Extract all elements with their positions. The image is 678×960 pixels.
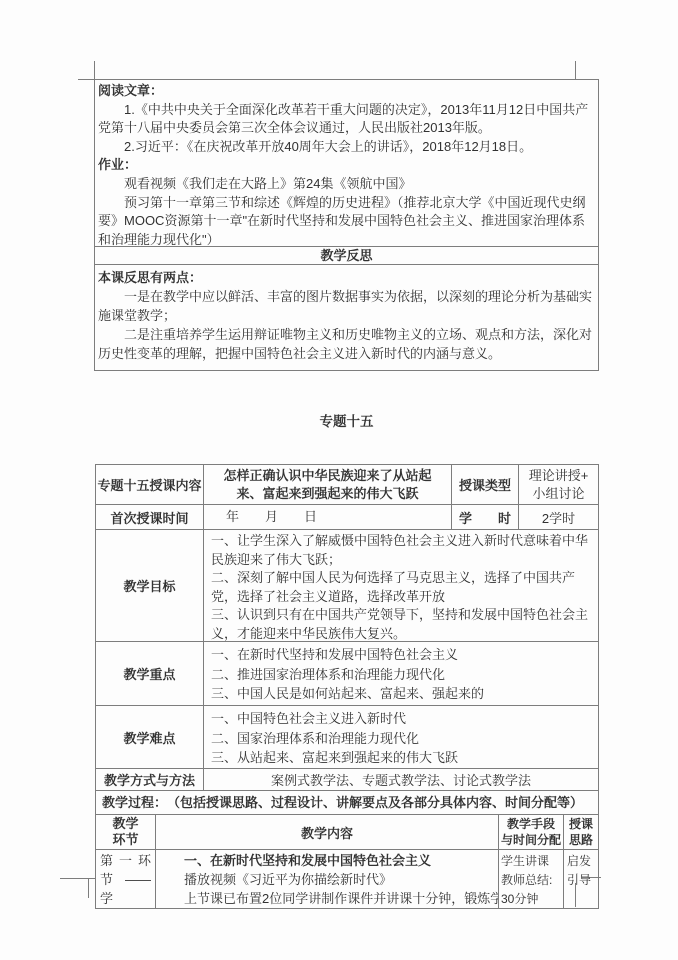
lesson-content-row: 专题十五授课内容 怎样正确认识中华民族迎来了从站起来、富起来到强起来的伟大飞跃 … — [96, 465, 598, 505]
key-point-item: 三、中国人民是如何站起来、富起来、强起来的 — [211, 684, 593, 704]
lesson-content-label: 专题十五授课内容 — [96, 465, 204, 504]
reading-item: 1.《中共中央关于全面深化改革若干重大问题的决定》，2013年11月12日中国共… — [98, 101, 592, 138]
methods-label: 教学方式与方法 — [96, 769, 204, 790]
reading-item: 2.习近平：《在庆祝改革开放40周年大会上的讲话》，2018年12月18日。 — [98, 138, 592, 157]
lesson-content-value: 怎样正确认识中华民族迎来了从站起来、富起来到强起来的伟大飞跃 — [204, 465, 452, 504]
process-note: 教学过程： （包括授课思路、过程设计、讲解要点及各部分具体内容、时间分配等） — [96, 791, 598, 814]
objective-item: 二、深刻了解中国人民为何选择了马克思主义，选择了中国共产党，选择了社会主义道路，… — [211, 569, 593, 606]
lesson-type-label: 授课类型 — [452, 465, 519, 504]
reflection-item: 一是在教学中应以鲜活、丰富的图片数据事实为依据，以深刻的理论分析为基础实施课堂教… — [98, 287, 592, 325]
difficult-points-content: 一、中国特色社会主义进入新时代 二、国家治理体系和治理能力现代化 三、从站起来、… — [204, 706, 598, 768]
top-right-margin-mark — [575, 61, 576, 79]
homework-item: 观看视频《我们走在大路上》第24集《领航中国》 — [98, 175, 592, 194]
bottom-left-h-mark — [60, 878, 96, 879]
means-column-header: 教学手段 与时间分配 — [499, 815, 564, 849]
reflection-header-row: 教学反思 — [95, 247, 598, 265]
reading-homework-row: 阅读文章： 1.《中共中央关于全面深化改革若干重大问题的决定》，2013年11月… — [95, 80, 598, 247]
first-time-value: 年 月 日 — [204, 505, 452, 529]
lesson-type-value: 理论讲授+ 小组讨论 — [519, 465, 598, 504]
reflection-heading: 本课反思有两点： — [98, 268, 592, 287]
class-hours-label: 学 时 — [452, 505, 519, 529]
class-hours-value: 2学时 — [519, 505, 598, 529]
difficult-point-item: 二、国家治理体系和治理能力现代化 — [211, 729, 593, 749]
objective-item: 三、认识到只有在中国共产党领导下，坚持和发展中国特色社会主义，才能迎来中华民族伟… — [211, 606, 593, 641]
process-header-row: 教学 环节 教学内容 教学手段 与时间分配 授课 思路 — [96, 815, 598, 850]
methods-content: 案例式教学法、专题式教学法、讨论式教学法 — [204, 769, 598, 790]
top-border-extension-mark — [78, 79, 95, 80]
objectives-content: 一、让学生深入了解威慑中国特色社会主义进入新时代意味着中华民族迎来了伟大飞跃； … — [204, 530, 598, 641]
reading-homework-cell: 阅读文章： 1.《中共中央关于全面深化改革若干重大问题的决定》，2013年11月… — [95, 80, 598, 246]
idea-column-header: 授课 思路 — [564, 815, 598, 849]
objectives-row: 教学目标 一、让学生深入了解威慑中国特色社会主义进入新时代意味着中华民族迎来了伟… — [96, 530, 598, 642]
stage-means-cell: 学生讲课 教师总结: 30分钟 — [499, 850, 564, 908]
key-points-label: 教学重点 — [96, 642, 204, 705]
objective-item: 一、让学生深入了解威慑中国特色社会主义进入新时代意味着中华民族迎来了伟大飞跃； — [211, 532, 593, 569]
methods-row: 教学方式与方法 案例式教学法、专题式教学法、讨论式教学法 — [96, 769, 598, 791]
difficult-point-item: 三、从站起来、富起来到强起来的伟大飞跃 — [211, 748, 593, 768]
section-title: 专题十五 — [94, 410, 599, 430]
stage-idea-cell: 启发 引导 — [564, 850, 598, 908]
stage-cell: 第一环 节——学 生讲 — [96, 850, 156, 908]
process-note-row: 教学过程： （包括授课思路、过程设计、讲解要点及各部分具体内容、时间分配等） — [96, 791, 598, 815]
content-column-header: 教学内容 — [156, 815, 499, 849]
first-time-row: 首次授课时间 年 月 日 学 时 2学时 — [96, 505, 598, 530]
stage-content-cell: 一、在新时代坚持和发展中国特色社会主义 播放视频《习近平为你描绘新时代》 上节课… — [156, 850, 499, 908]
summary-table: 阅读文章： 1.《中共中央关于全面深化改革若干重大问题的决定》，2013年11月… — [94, 79, 599, 371]
stage-column-header: 教学 环节 — [96, 815, 156, 849]
key-point-item: 二、推进国家治理体系和治理能力现代化 — [211, 665, 593, 685]
reflection-body-cell: 本课反思有两点： 一是在教学中应以鲜活、丰富的图片数据事实为依据，以深刻的理论分… — [95, 265, 598, 370]
reflection-item: 二是注重培养学生运用辩证唯物主义和历史唯物主义的立场、观点和方法，深化对历史性变… — [98, 325, 592, 363]
top-left-margin-mark — [94, 61, 95, 79]
key-points-row: 教学重点 一、在新时代坚持和发展中国特色社会主义 二、推进国家治理体系和治理能力… — [96, 642, 598, 706]
key-point-item: 一、在新时代坚持和发展中国特色社会主义 — [211, 645, 593, 665]
document-page: 阅读文章： 1.《中共中央关于全面深化改革若干重大问题的决定》，2013年11月… — [0, 0, 678, 960]
difficult-points-label: 教学难点 — [96, 706, 204, 768]
lesson-plan-table: 专题十五授课内容 怎样正确认识中华民族迎来了从站起来、富起来到强起来的伟大飞跃 … — [95, 464, 599, 909]
bottom-left-v-mark — [88, 878, 89, 898]
homework-item: 预习第十一章第三节和综述《辉煌的历史进程》（推荐北京大学《中国近现代史纲要》MO… — [98, 194, 592, 246]
process-stage-row: 第一环 节——学 生讲 一、在新时代坚持和发展中国特色社会主义 播放视频《习近平… — [96, 850, 598, 908]
difficult-point-item: 一、中国特色社会主义进入新时代 — [211, 709, 593, 729]
first-time-label: 首次授课时间 — [96, 505, 204, 529]
objectives-label: 教学目标 — [96, 530, 204, 641]
difficult-points-row: 教学难点 一、中国特色社会主义进入新时代 二、国家治理体系和治理能力现代化 三、… — [96, 706, 598, 769]
homework-heading: 作业： — [98, 156, 592, 175]
reflection-body-row: 本课反思有两点： 一是在教学中应以鲜活、丰富的图片数据事实为依据，以深刻的理论分… — [95, 265, 598, 370]
reflection-header: 教学反思 — [95, 247, 598, 264]
reading-heading: 阅读文章： — [98, 82, 592, 101]
key-points-content: 一、在新时代坚持和发展中国特色社会主义 二、推进国家治理体系和治理能力现代化 三… — [204, 642, 598, 705]
